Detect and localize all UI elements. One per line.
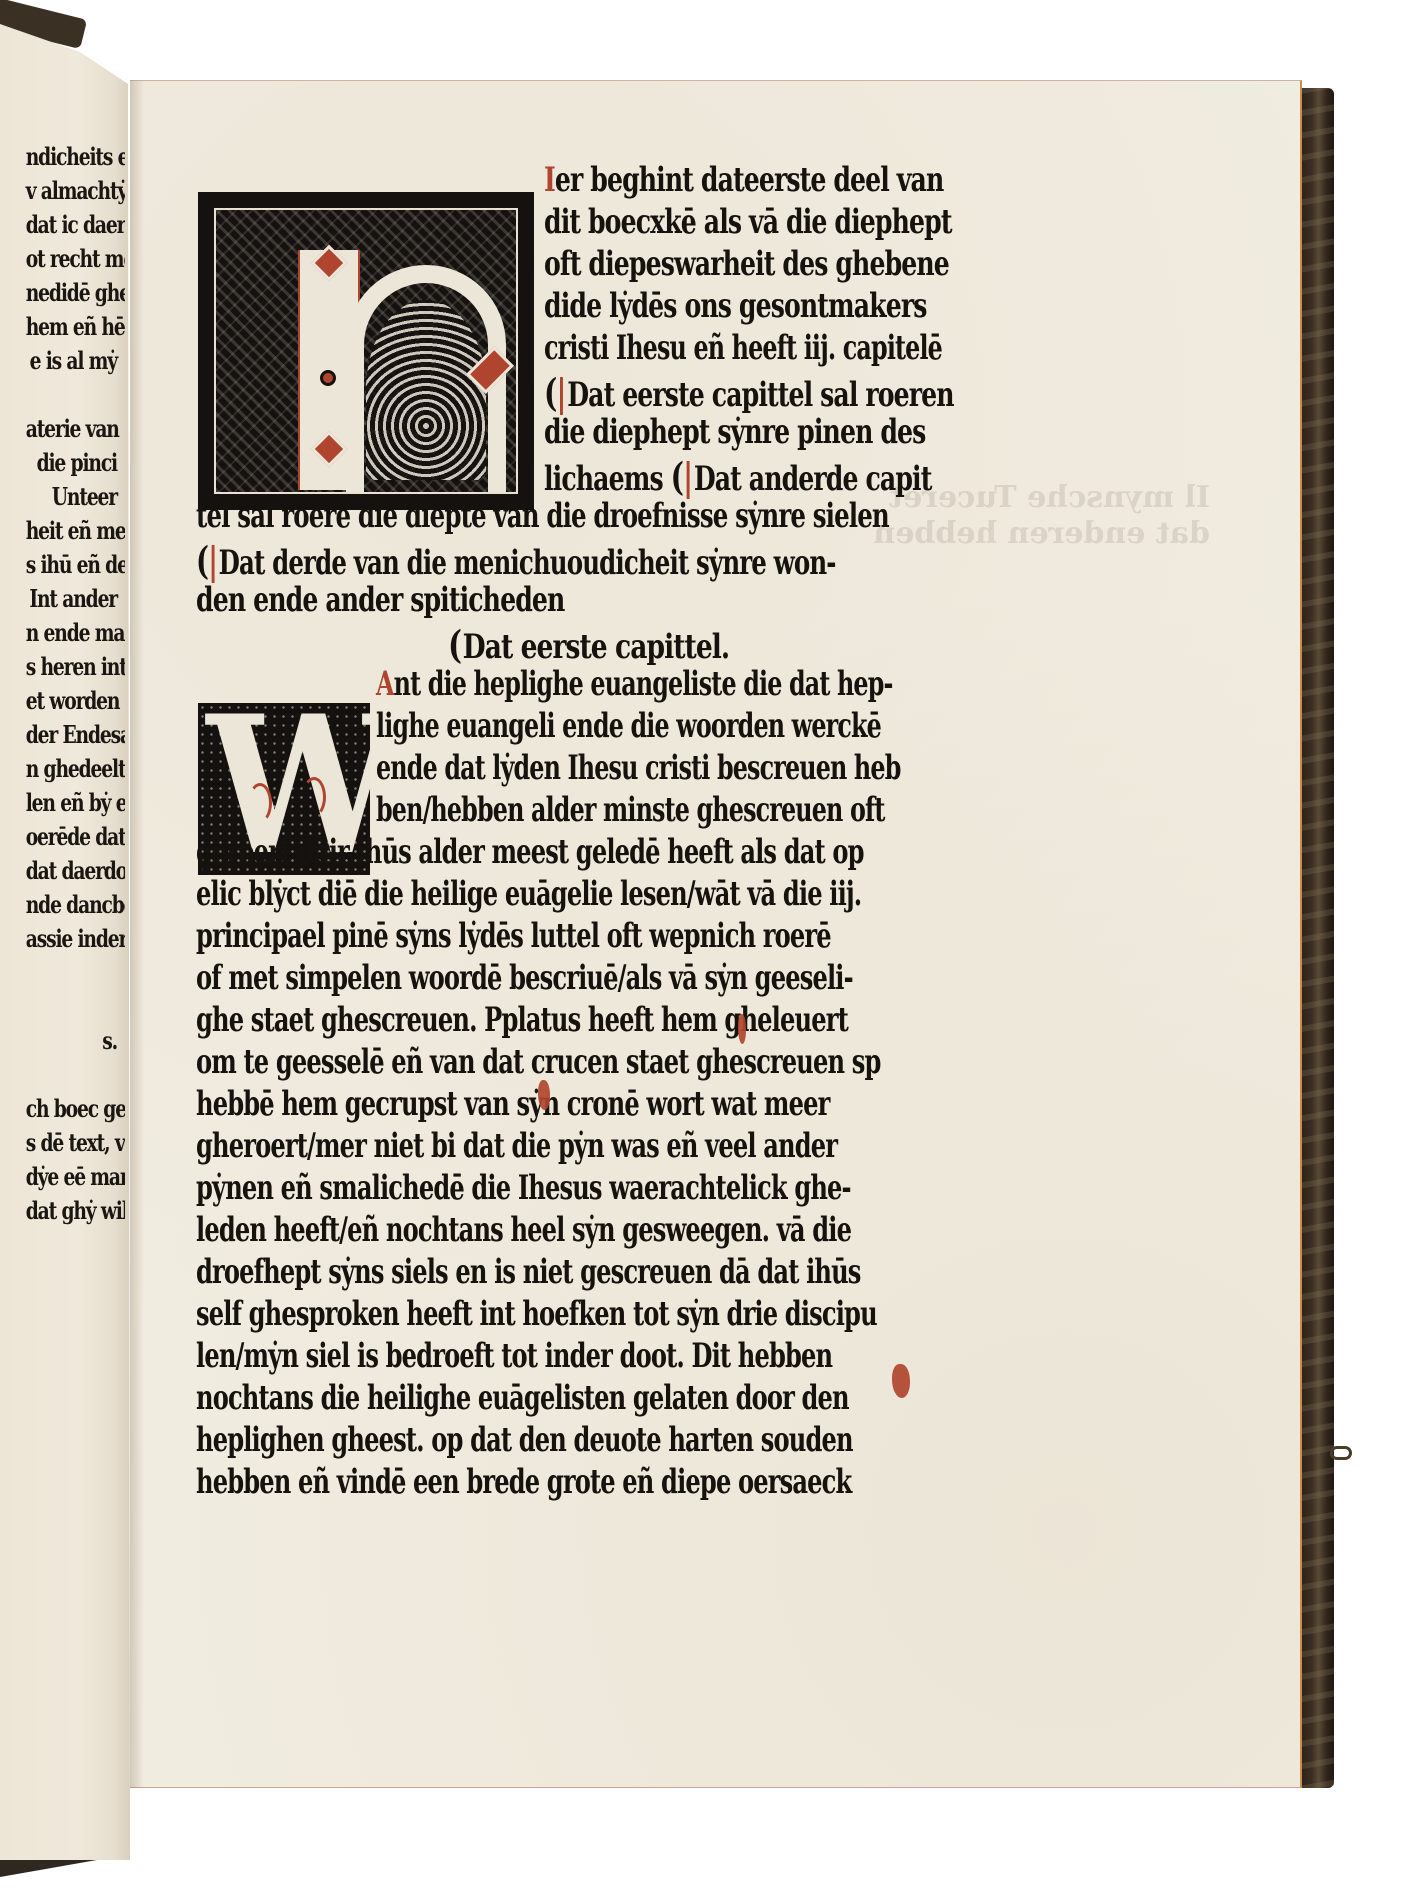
text-line: nochtans die heilighe euāgelisten gelate… <box>196 1378 849 1420</box>
text-line: (|Dat derde van die menichuoudicheit sẏn… <box>196 538 836 580</box>
text-line: dide lẏdēs ons gesontmakers <box>544 286 926 328</box>
paragraph-mark-icon: (| <box>196 538 217 583</box>
left-text-line: et worden se <box>26 684 117 718</box>
paragraph-mark-icon: ( <box>448 622 461 667</box>
left-text-line: ch boec geteẏ <box>26 1092 117 1126</box>
text-line: (|Dat eerste capittel sal roeren <box>544 370 954 412</box>
left-text-line: s heren int <box>26 650 117 684</box>
rubricated-initial: I <box>544 160 555 200</box>
left-text-line: dat ghẏ wilt. <box>26 1194 117 1228</box>
left-text-line: heit eñ me <box>26 514 117 548</box>
blank-line <box>0 378 117 412</box>
left-text-line: s. <box>26 1024 117 1058</box>
text-line: ende dat lẏden Ihesu cristi bescreuen he… <box>376 748 901 790</box>
paragraph-mark-icon: (| <box>544 370 566 415</box>
blank-line <box>0 990 117 1024</box>
left-text-line: ot recht me <box>26 242 117 276</box>
left-text-line: assie inder ee <box>26 922 117 956</box>
text-line: om te geesselē eñ van dat crucen staet g… <box>196 1042 881 1084</box>
text-line: principael pinē sẏns lẏdēs luttel oft we… <box>196 916 831 958</box>
left-text-line: n ghedeelt in <box>26 752 117 786</box>
left-text-line: die pinci <box>26 446 117 480</box>
left-text-line: der Endesal <box>26 718 117 752</box>
left-text-line: len eñ bẏ elc <box>26 786 117 820</box>
text-line-rest: er beghint dateerste deel van <box>555 160 943 200</box>
left-text-line: dẏe eē mane <box>26 1160 117 1194</box>
text-line: ben/hebben alder minste ghescreuen oft <box>376 790 885 832</box>
left-text-line: Unteer <box>26 480 117 514</box>
text-line: droefhept sẏns siels en is niet gescreue… <box>196 1252 861 1294</box>
left-text-line: e is al mẏ <box>26 344 117 378</box>
left-page-text: ndicheits eñv almachtẏdat ic daerot rech… <box>0 140 125 1700</box>
red-dot-ornament <box>320 370 336 386</box>
rubrication-mark <box>738 1014 746 1044</box>
text-line: of met simpelen woordē bescriuē/als vā s… <box>196 958 853 1000</box>
text-line: ghe staet ghescreuen. Pplatus heeft hem … <box>196 1000 848 1042</box>
left-text-line: nde dancber <box>26 888 117 922</box>
left-text-line: n ende ma <box>26 616 117 650</box>
text-line: den ende ander spiticheden <box>196 580 564 622</box>
left-text-line: dat ic daer <box>26 208 117 242</box>
woodcut-initial-h <box>198 192 534 510</box>
chapter-heading: (Dat eerste capittel. <box>448 622 729 664</box>
red-flourish <box>248 783 272 823</box>
rubrication-blot <box>892 1364 910 1398</box>
left-text-line: ndicheits eñ <box>26 140 117 174</box>
text-line: Ant die heplighe euangeliste die dat hep… <box>376 664 893 706</box>
left-text-line: v almachtẏ <box>26 174 117 208</box>
left-text-line: nedidē ghe <box>26 276 117 310</box>
text-line: heplighen gheest. op dat den deuote hart… <box>196 1420 853 1462</box>
text-line: self ghesproken heeft int hoefken tot sẏ… <box>196 1294 877 1336</box>
left-text-line: s dē text, van <box>26 1126 117 1160</box>
clasp-loop <box>1330 1446 1352 1460</box>
text-line: tel sal roerē die diepte van die droefni… <box>196 496 889 538</box>
text-line: die diephept sẏnre pinen des <box>544 412 925 454</box>
text-line: lighe euangeli ende die woorden werckē <box>376 706 881 748</box>
text-line: gheroert/mer niet bi dat die pẏn was eñ … <box>196 1126 837 1168</box>
blank-line <box>0 956 117 990</box>
left-text-line: Int ander <box>26 582 117 616</box>
text-line: lichaems (|Dat anderde capit <box>544 454 931 496</box>
blank-line <box>0 1058 117 1092</box>
paragraph-mark-icon: (| <box>671 454 693 499</box>
gutter-shadow <box>130 80 144 1788</box>
book-cover-right-edge <box>1300 88 1334 1788</box>
text-line: len/mẏn siel is bedroeft tot inder doot.… <box>196 1336 832 1378</box>
left-text-line: aterie van <box>26 412 117 446</box>
left-text-line: dat daerdoor <box>26 854 117 888</box>
red-flourish <box>302 777 326 817</box>
text-line: elic blẏct diē die heilige euāgelie lese… <box>196 874 861 916</box>
text-line: hebbē hem gecrupst van sẏn cronē wort wa… <box>196 1084 829 1126</box>
text-line: pẏnen eñ smalichedē die Ihesus waerachte… <box>196 1168 851 1210</box>
text-line: Ier beghint dateerste deel van <box>544 160 943 202</box>
left-text-line: s ihū eñ der <box>26 548 117 582</box>
left-text-line: oerēde dat ar <box>26 820 117 854</box>
text-line: dit boecxkē als vā die diephept <box>544 202 952 244</box>
text-line: hebben eñ vindē een brede grote eñ diepe… <box>196 1462 851 1504</box>
text-line: oft diepeswarheit des ghebene <box>544 244 949 286</box>
rubrication-mark <box>538 1080 550 1110</box>
rubricated-initial: A <box>376 664 394 704</box>
text-line: geroert dair ihūs alder meest geledē hee… <box>196 832 864 874</box>
text-line: leden heeft/eñ nochtans heel sẏn gesweeg… <box>196 1210 851 1252</box>
left-text-line: hem eñ hē <box>26 310 117 344</box>
text-line: cristi Ihesu eñ heeft iij. capitelē <box>544 328 942 370</box>
